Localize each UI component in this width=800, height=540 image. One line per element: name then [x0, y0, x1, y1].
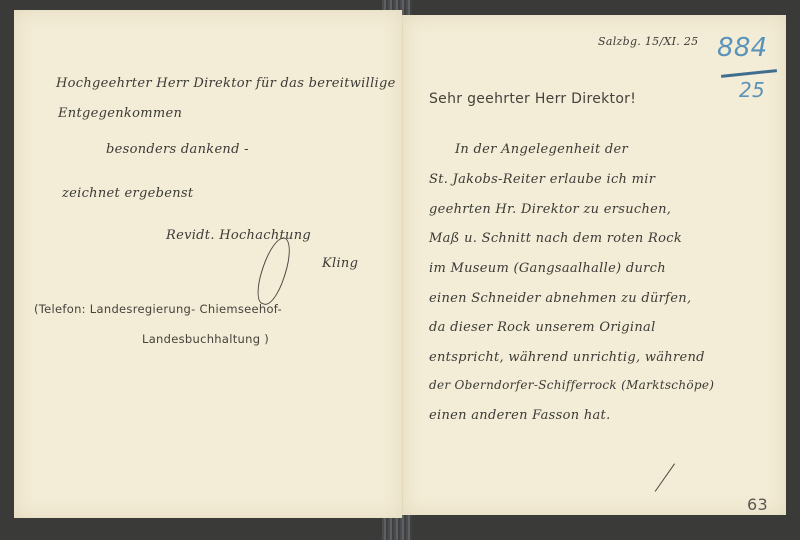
body-line-1: In der Angelegenheit der: [455, 142, 628, 157]
closing-line-4: zeichnet ergebenst: [62, 186, 193, 201]
body-line-10: einen anderen Fasson hat.: [429, 408, 611, 423]
salutation: Sehr geehrter Herr Direktor!: [429, 91, 636, 107]
signature-flourish-icon: [252, 234, 296, 308]
body-line-3: geehrten Hr. Direktor zu ersuchen,: [429, 202, 671, 217]
body-line-4: Maß u. Schnitt nach dem roten Rock: [429, 231, 682, 246]
archive-number: 884: [717, 33, 768, 63]
body-line-2: St. Jakobs-Reiter erlaube ich mir: [429, 172, 655, 187]
body-line-5: im Museum (Gangsaalhalle) durch: [429, 261, 666, 276]
signature: Kling: [322, 256, 358, 271]
left-page: Hochgeehrter Herr Direktor für das berei…: [14, 10, 402, 518]
body-line-8: entspricht, während unrichtig, während: [429, 350, 705, 365]
body-line-6: einen Schneider abnehmen zu dürfen,: [429, 291, 691, 306]
body-line-7: da dieser Rock unserem Original: [429, 320, 656, 335]
archive-fraction-bar: [721, 69, 777, 78]
archive-sub-number: 25: [739, 78, 765, 102]
page-number: 63: [747, 495, 768, 514]
phone-note-line-2: Landesbuchhaltung ): [142, 332, 269, 346]
right-page: Salzbg. 15/XI. 25 884 25 Sehr geehrter H…: [402, 15, 786, 515]
dateline: Salzbg. 15/XI. 25: [598, 35, 698, 48]
closing-line-1: Hochgeehrter Herr Direktor für das berei…: [56, 76, 396, 91]
closing-line-5: Revidt. Hochachtung: [166, 228, 311, 243]
phone-note-line-1: (Telefon: Landesregierung- Chiemseehof-: [34, 302, 282, 316]
closing-line-3: besonders dankend -: [106, 142, 249, 157]
closing-line-2: Entgegenkommen: [58, 106, 182, 121]
body-line-9: der Oberndorfer-Schifferrock (Marktschöp…: [429, 378, 714, 392]
closing-slash-mark-icon: [655, 463, 676, 492]
